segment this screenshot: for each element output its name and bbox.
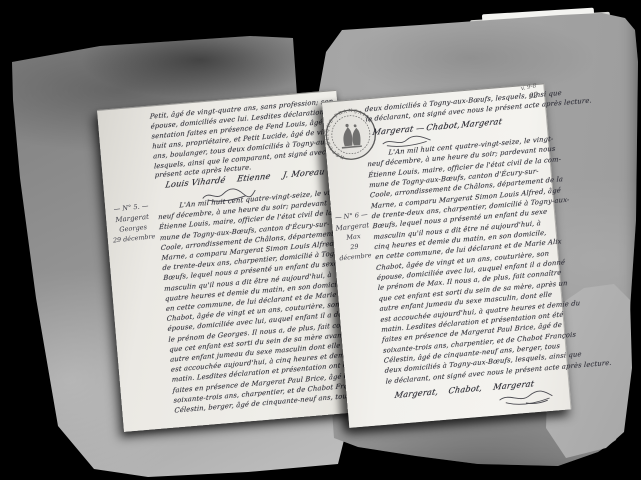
handwritten-line: Etienne	[237, 171, 272, 184]
birth-act-5-body: L'An mil huit cent quatre-vingt-seize, l…	[157, 187, 352, 415]
handwritten-line: Margerat	[461, 116, 503, 130]
act-date: 29 décembre	[334, 240, 376, 264]
margin-annotation-act5: — N° 5. — Margerat Georges 29 décembre	[107, 200, 159, 246]
left-page: Petit, âgé de vingt-quatre ans, sans pro…	[97, 90, 363, 432]
signature-flourish-icon	[495, 387, 556, 410]
handwritten-line: Chabot,	[448, 382, 483, 395]
scanned-register-photo: Petit, âgé de vingt-quatre ans, sans pro…	[0, 0, 641, 480]
handwritten-line: Margerat,	[394, 386, 439, 400]
handwritten-line: Chabot,	[425, 119, 460, 132]
handwritten-line: J. Moreau	[282, 166, 325, 180]
right-page: v. 9-8 92 RÉPUBLIQUE FRANÇAISE deux domi…	[322, 83, 572, 428]
margin-annotation-act6: — N° 6 — Margerat Max 29 décembre	[331, 209, 376, 264]
birth-act-6-body: L'An mil huit cent quatre-vingt-seize, l…	[366, 135, 561, 387]
